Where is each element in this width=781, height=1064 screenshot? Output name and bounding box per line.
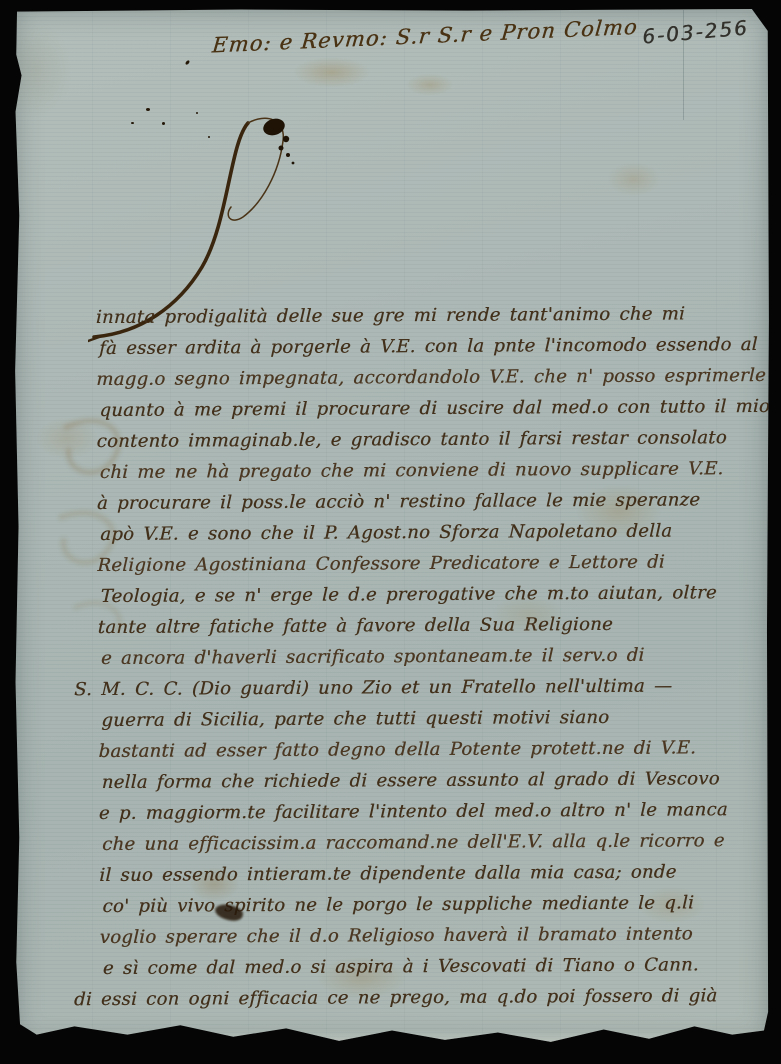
manuscript-line: di essi con ogni efficacia ce ne prego, … <box>74 980 773 1015</box>
bleedthrough-ghost <box>34 388 144 668</box>
manuscript-line: guerra di Sicilia, parte che tutti quest… <box>101 701 771 736</box>
manuscript-line: nella forma che richiede di essere assun… <box>101 763 771 798</box>
manuscript-line: tante altre fatiche fatte à favore della… <box>97 608 770 643</box>
manuscript-line: bastanti ad esser fatto degno della Pote… <box>98 732 771 767</box>
manuscript-line: e p. maggiorm.te facilitare l'intento de… <box>99 794 772 829</box>
scan-background: Emo: e Revmo: S.r S.r e Pron Colmo 6-03-… <box>0 0 781 1064</box>
archival-number: 6-03-256 <box>641 15 749 48</box>
ink-speck <box>185 60 191 66</box>
ink-speck <box>208 136 210 138</box>
manuscript-line: fà esser ardita à porgerle à V.E. con la… <box>99 329 769 364</box>
manuscript-line: contento immaginab.le, e gradisco tanto … <box>96 422 769 457</box>
manuscript-line: voglio sperare che il d.o Religioso have… <box>99 918 772 953</box>
ink-blot <box>261 116 294 164</box>
salutation: Emo: e Revmo: S.r S.r e Pron Colmo <box>211 19 553 58</box>
letter-body: innata prodigalità delle sue gre mi rend… <box>96 298 772 1015</box>
manuscript-line: apò V.E. e sono che il P. Agost.no Sforz… <box>100 515 770 550</box>
ink-speck <box>162 122 165 125</box>
ink-speck <box>196 112 198 114</box>
manuscript-line: quanto à me premi il procurare di uscire… <box>99 391 769 426</box>
manuscript-line: innata prodigalità delle sue gre mi rend… <box>95 298 768 333</box>
manuscript-line: à procurare il poss.le acciò n' restino … <box>97 484 770 519</box>
manuscript-line: e ancora d'haverli sacrificato spontanea… <box>101 639 771 674</box>
manuscript-line: Teologia, e se n' erge le d.e prerogativ… <box>100 577 770 612</box>
manuscript-line: S. M. C. C. (Dio guardi) uno Zio et un F… <box>74 670 771 705</box>
manuscript-line: che una efficacissim.a raccomand.ne dell… <box>102 825 772 860</box>
ink-speck <box>131 122 134 124</box>
manuscript-line: magg.o segno impegnata, accordandolo V.E… <box>96 360 769 395</box>
manuscript-line: e sì come dal med.o si aspira à i Vescov… <box>102 949 772 984</box>
ink-speck <box>146 108 150 111</box>
manuscript-line: chi me ne hà pregato che mi conviene di … <box>99 453 769 488</box>
manuscript-page: Emo: e Revmo: S.r S.r e Pron Colmo 6-03-… <box>14 8 770 1045</box>
manuscript-line: co' più vivo spirito ne le porgo le supp… <box>102 887 772 922</box>
torn-bottom-edge <box>14 1029 770 1045</box>
manuscript-line: Religione Agostiniana Confessore Predica… <box>97 546 770 581</box>
manuscript-line: il suo essendo intieram.te dipendente da… <box>99 856 772 891</box>
